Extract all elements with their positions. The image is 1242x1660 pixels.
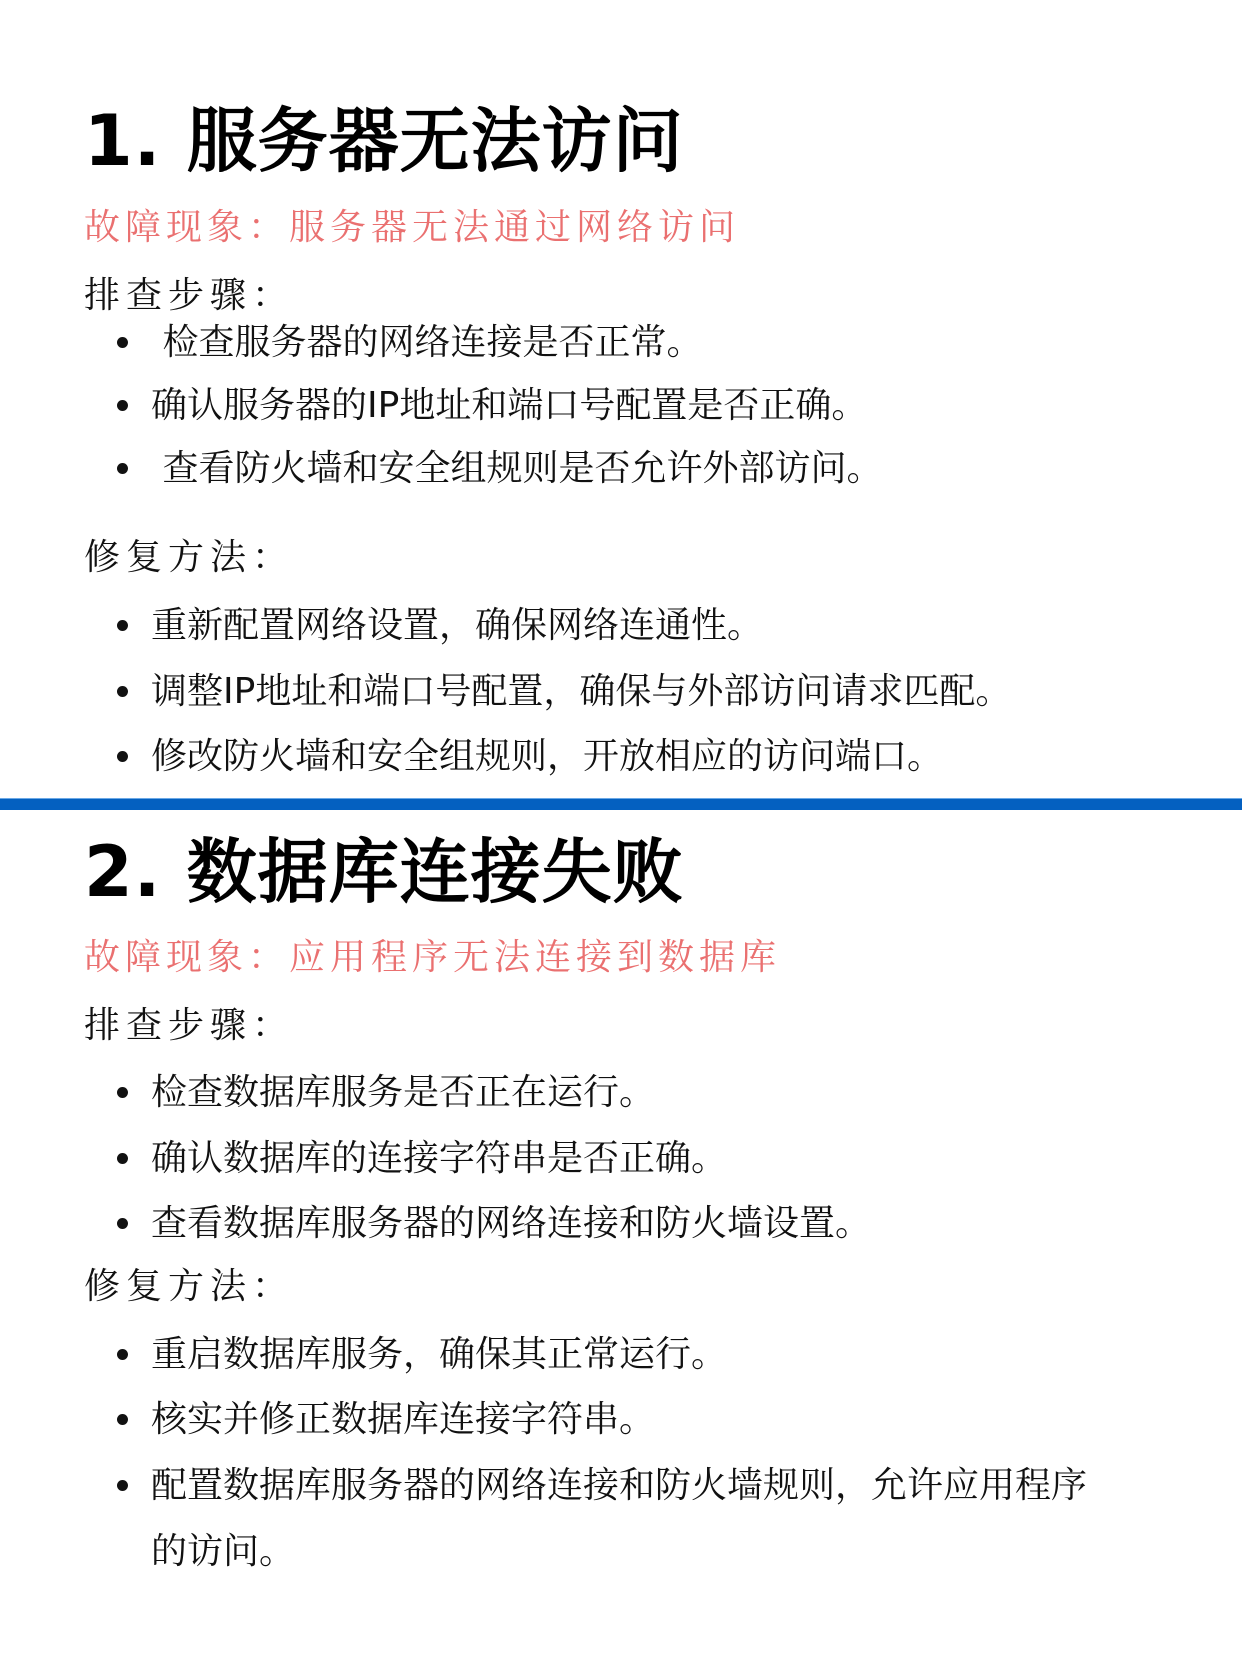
section-heading: 1. 服务器无法访问 <box>84 106 684 176</box>
list-item-text: 修改防火墙和安全组规则，开放相应的访问端口。 <box>151 737 943 777</box>
bullet-icon <box>117 463 128 474</box>
bullet-icon <box>117 1414 128 1425</box>
bullet-icon <box>117 1153 128 1164</box>
symptom-text: 故障现象：应用程序无法连接到数据库 <box>84 940 781 976</box>
fix-label: 修复方法： <box>84 1269 294 1305</box>
bullet-icon <box>117 1087 128 1098</box>
symptom-text: 故障现象：服务器无法通过网络访问 <box>84 210 740 246</box>
list-item-text: 核实并修正数据库连接字符串。 <box>151 1400 655 1440</box>
list-item-text: 配置数据库服务器的网络连接和防火墙规则，允许应用程序 <box>151 1466 1087 1506</box>
bullet-icon <box>117 337 128 348</box>
bullet-icon <box>117 620 128 631</box>
bullet-icon <box>117 751 128 762</box>
list-item-text: 确认服务器的IP地址和端口号配置是否正确。 <box>151 386 867 426</box>
list-item-text: 检查服务器的网络连接是否正常。 <box>151 323 702 363</box>
section-heading: 2. 数据库连接失败 <box>84 837 684 907</box>
bullet-icon <box>117 1349 128 1360</box>
section-divider <box>0 798 1242 810</box>
fix-label: 修复方法： <box>84 540 294 576</box>
bullet-icon <box>117 686 128 697</box>
steps-label: 排查步骤： <box>84 278 294 314</box>
bullet-icon <box>117 1480 128 1491</box>
list-item-text: 重启数据库服务，确保其正常运行。 <box>151 1335 727 1375</box>
list-item-text: 检查数据库服务是否正在运行。 <box>151 1073 655 1113</box>
list-item-text: 确认数据库的连接字符串是否正确。 <box>151 1139 727 1179</box>
bullet-icon <box>117 400 128 411</box>
list-item-text: 查看防火墙和安全组规则是否允许外部访问。 <box>151 449 882 489</box>
list-item-text: 的访问。 <box>151 1532 295 1572</box>
list-item-text: 调整IP地址和端口号配置，确保与外部访问请求匹配。 <box>151 672 1011 712</box>
list-item-text: 查看数据库服务器的网络连接和防火墙设置。 <box>151 1204 871 1244</box>
bullet-icon <box>117 1218 128 1229</box>
steps-label: 排查步骤： <box>84 1008 294 1044</box>
list-item-text: 重新配置网络设置，确保网络连通性。 <box>151 606 763 646</box>
